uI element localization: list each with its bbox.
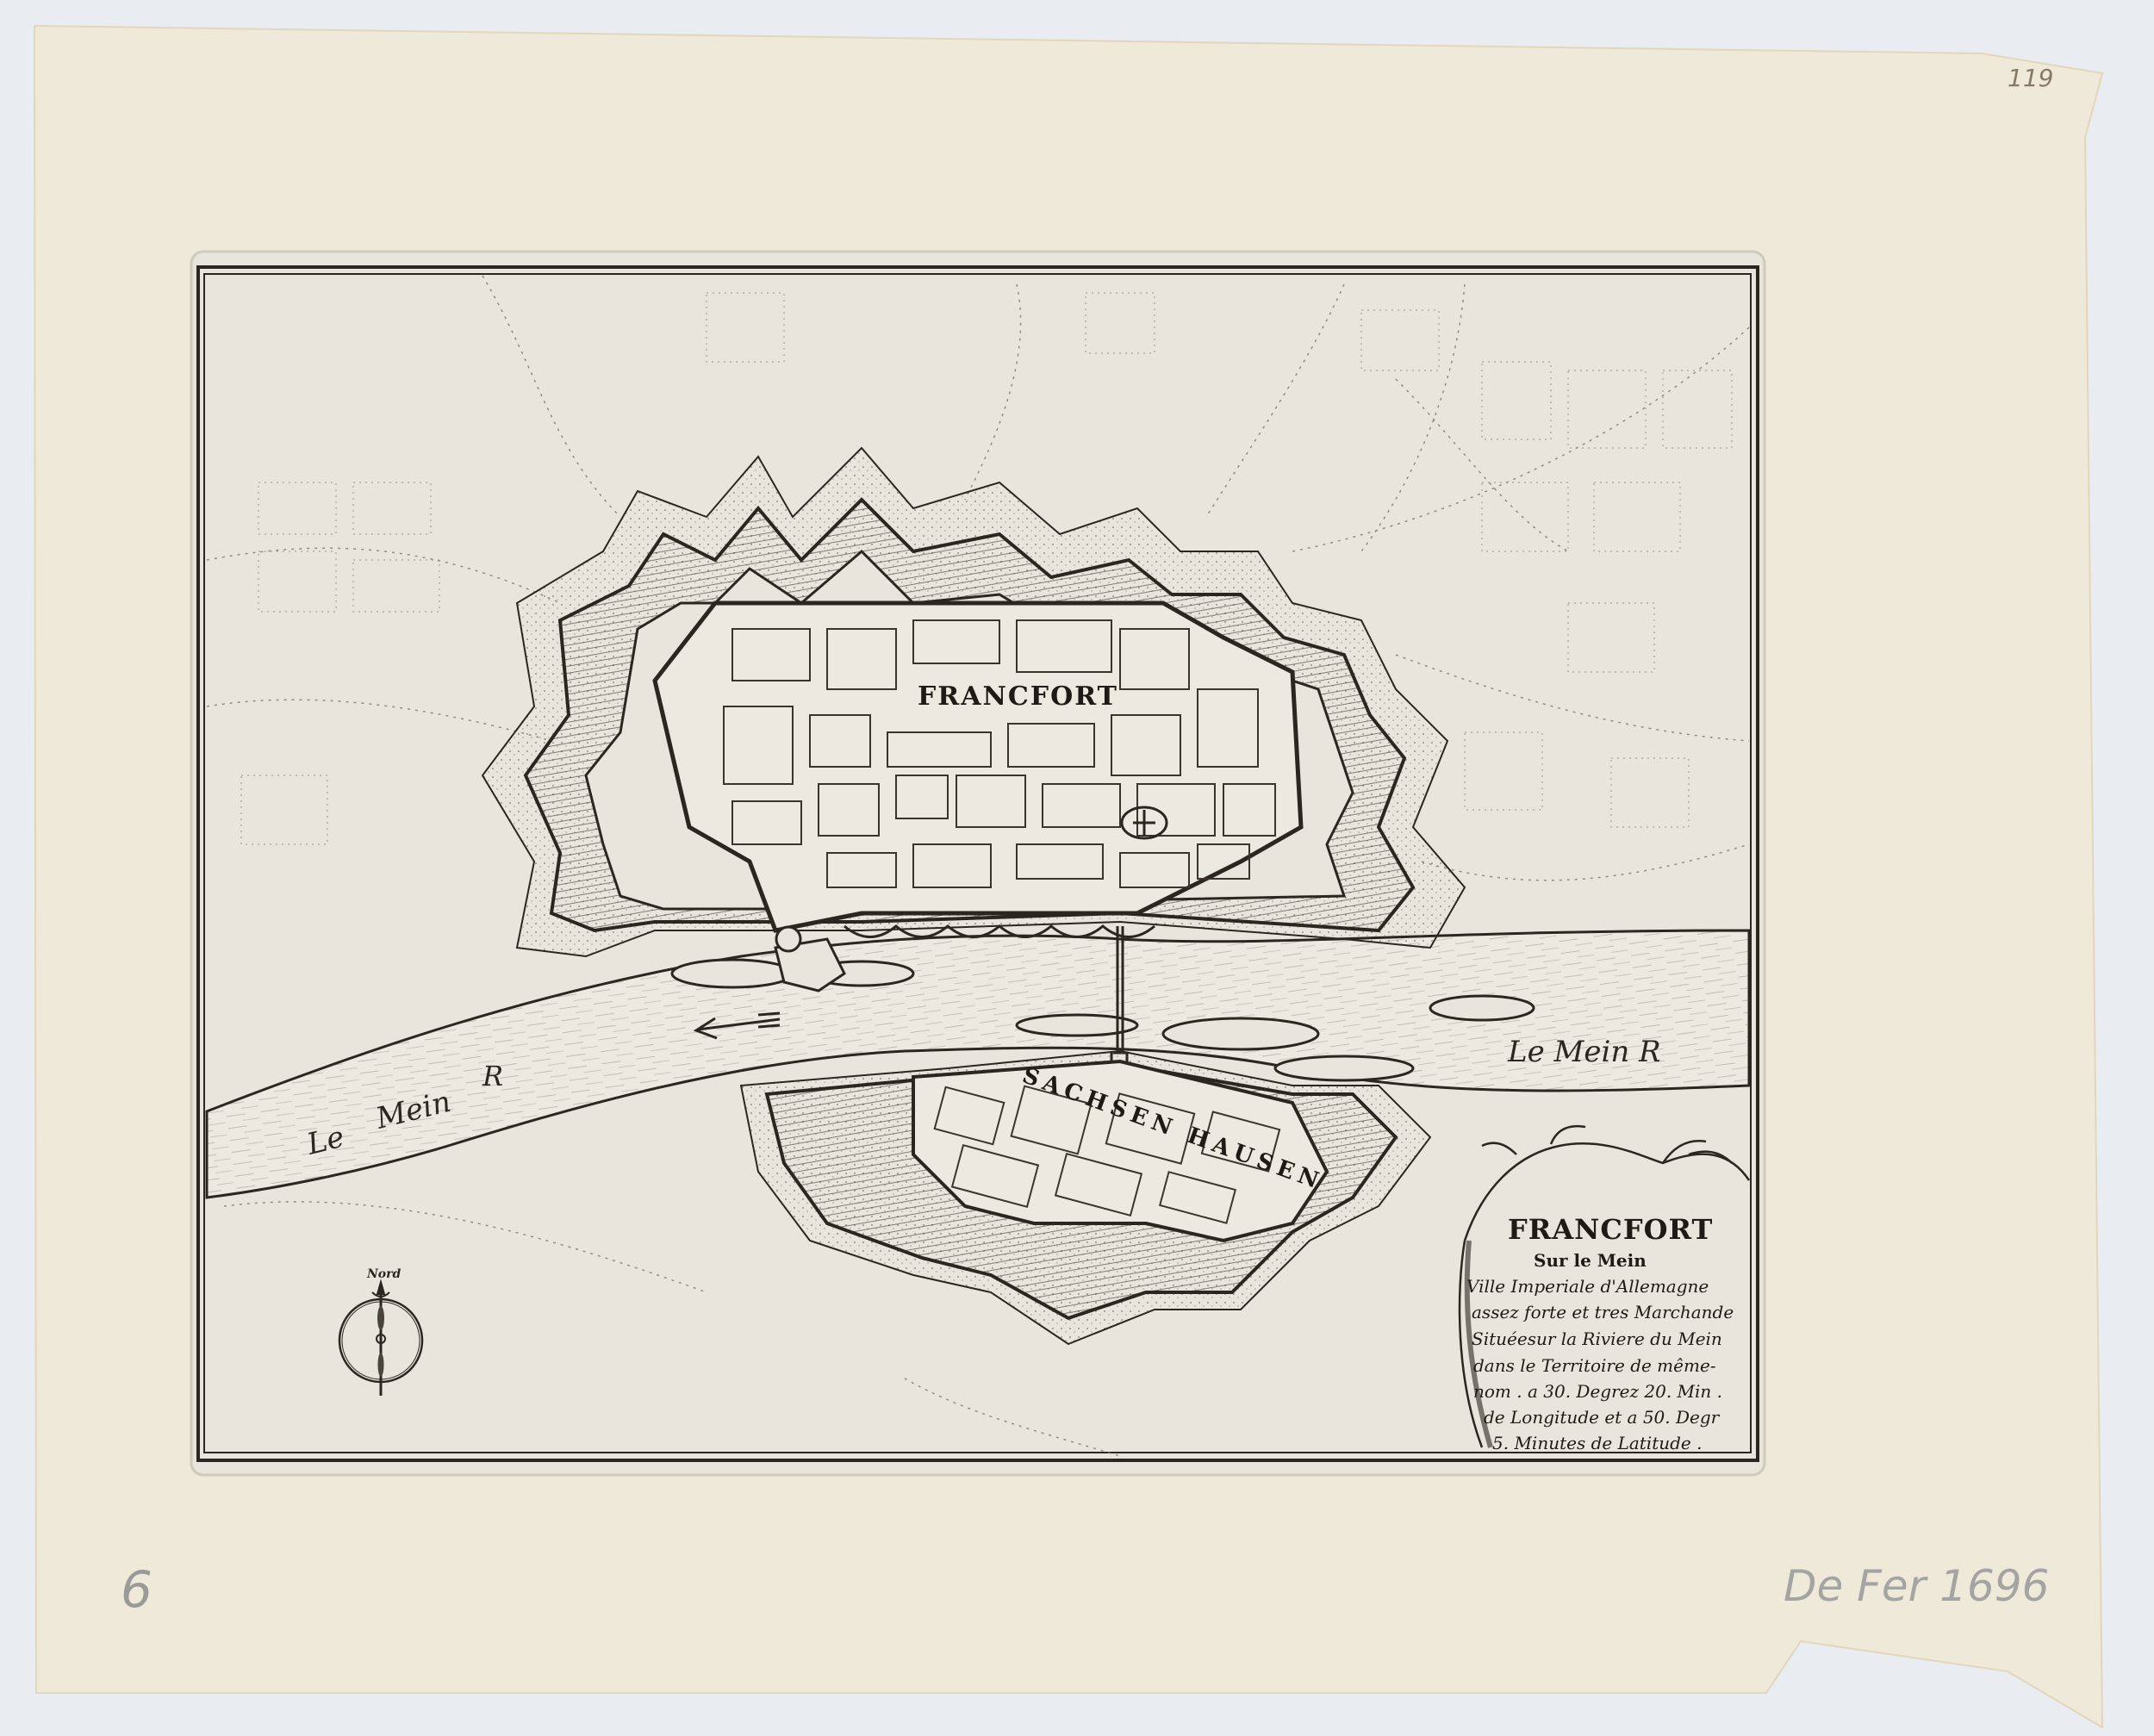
pencil-top-mark: 119 bbox=[2008, 64, 2053, 92]
label-river-east: Le Mein R bbox=[1507, 1035, 1661, 1069]
cartouche-line-2: assez forte et tres Marchande bbox=[1472, 1302, 1734, 1322]
label-river-west-r: R bbox=[482, 1060, 503, 1092]
pencil-number: 6 bbox=[121, 1560, 153, 1619]
cartouche-line-7: 5. Minutes de Latitude . bbox=[1492, 1433, 1702, 1453]
cartouche-line-6: de Longitude et a 50. Degr bbox=[1484, 1407, 1721, 1428]
cartouche-line-3: Situéesur la Riviere du Mein bbox=[1472, 1328, 1722, 1349]
cartouche-subtitle: Sur le Mein bbox=[1534, 1250, 1647, 1271]
cartouche-line-1: Ville Imperiale d'Allemagne bbox=[1466, 1276, 1709, 1297]
map-print: FRANCFORT SACHSEN HAUSEN Le Mein R Le Me… bbox=[0, 0, 2154, 1736]
cartouche-title: FRANCFORT bbox=[1508, 1213, 1713, 1246]
cartouche-line-5: nom . a 30. Degrez 20. Min . bbox=[1473, 1381, 1722, 1402]
compass-label: Nord bbox=[366, 1267, 402, 1281]
label-francfort: FRANCFORT bbox=[918, 681, 1118, 712]
pencil-attribution: De Fer 1696 bbox=[1784, 1561, 2049, 1611]
cartouche-line-4: dans le Territoire de même- bbox=[1473, 1355, 1716, 1376]
